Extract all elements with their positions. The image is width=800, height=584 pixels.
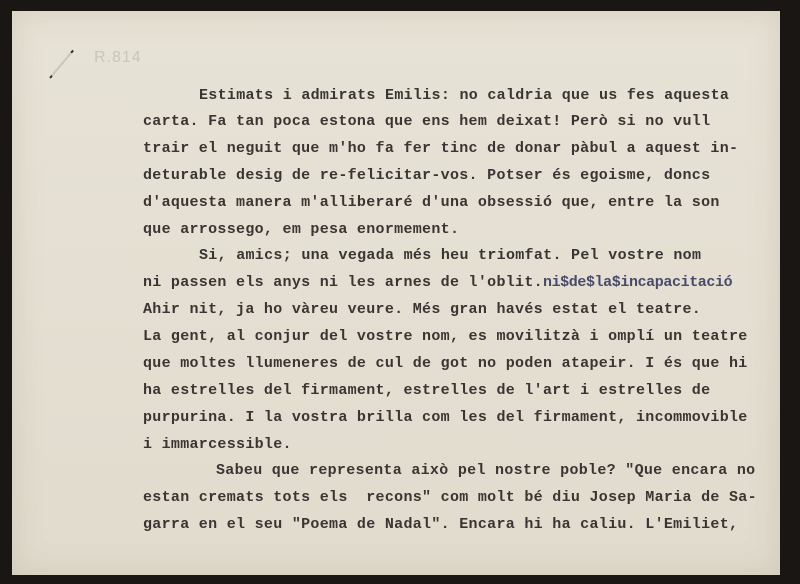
letter-line: Sabeu que representa això pel nostre pob… <box>216 462 755 480</box>
letter-line: ha estrelles del firmament, estrelles de… <box>143 382 710 400</box>
letter-line-text: Sabeu que representa això pel nostre pob… <box>216 462 755 479</box>
letter-line-text: deturable desig de re-felicitar-vos. Pot… <box>143 167 710 184</box>
letter-line-text: Ahir nit, ja ho vàreu veure. Més gran ha… <box>143 301 701 318</box>
pencil-annotation: R.814 <box>94 49 142 67</box>
letter-line: garra en el seu "Poema de Nadal". Encara… <box>143 516 738 534</box>
scan-background: R.814 Estimats i admirats Emilis: no cal… <box>0 0 800 584</box>
overtyped-text: ni$de$la$incapacitació <box>543 274 732 291</box>
letter-line-text: ni passen els anys ni les arnes de l'obl… <box>143 274 543 291</box>
letter-line: purpurina. I la vostra brilla com les de… <box>143 409 748 427</box>
letter-line: carta. Fa tan poca estona que ens hem de… <box>143 113 710 131</box>
letter-line: deturable desig de re-felicitar-vos. Pot… <box>143 167 710 185</box>
letter-line-text: La gent, al conjur del vostre nom, es mo… <box>143 328 748 345</box>
letter-line: Si, amics; una vegada més heu triomfat. … <box>199 247 701 265</box>
letter-line: trair el neguit que m'ho fa fer tinc de … <box>143 140 738 158</box>
letter-line-text: carta. Fa tan poca estona que ens hem de… <box>143 113 710 130</box>
staple-mark-icon <box>49 50 74 79</box>
letter-line: que arrossego, em pesa enormement. <box>143 221 459 239</box>
letter-line: La gent, al conjur del vostre nom, es mo… <box>143 328 748 346</box>
letter-line-text: purpurina. I la vostra brilla com les de… <box>143 409 748 426</box>
letter-line: que moltes llumeneres de cul de got no p… <box>143 355 748 373</box>
letter-line-text: trair el neguit que m'ho fa fer tinc de … <box>143 140 738 157</box>
letter-line-text: garra en el seu "Poema de Nadal". Encara… <box>143 516 738 533</box>
letter-line: estan cremats tots els recons" com molt … <box>143 489 757 507</box>
letter-line-text: estan cremats tots els recons" com molt … <box>143 489 757 506</box>
letter-line: Ahir nit, ja ho vàreu veure. Més gran ha… <box>143 301 701 319</box>
letter-line-text: Estimats i admirats Emilis: no caldria q… <box>199 87 729 104</box>
letter-line: Estimats i admirats Emilis: no caldria q… <box>199 87 729 105</box>
letter-line-text: que arrossego, em pesa enormement. <box>143 221 459 238</box>
letter-line-text: Si, amics; una vegada més heu triomfat. … <box>199 247 701 264</box>
letter-line-text: ha estrelles del firmament, estrelles de… <box>143 382 710 399</box>
letter-line-text: que moltes llumeneres de cul de got no p… <box>143 355 748 372</box>
letter-line: d'aquesta manera m'alliberaré d'una obse… <box>143 194 720 212</box>
letter-line: ni passen els anys ni les arnes de l'obl… <box>143 274 732 292</box>
letter-line-text: i immarcessible. <box>143 436 292 453</box>
letter-line: i immarcessible. <box>143 436 292 454</box>
letter-line-text: d'aquesta manera m'alliberaré d'una obse… <box>143 194 720 211</box>
